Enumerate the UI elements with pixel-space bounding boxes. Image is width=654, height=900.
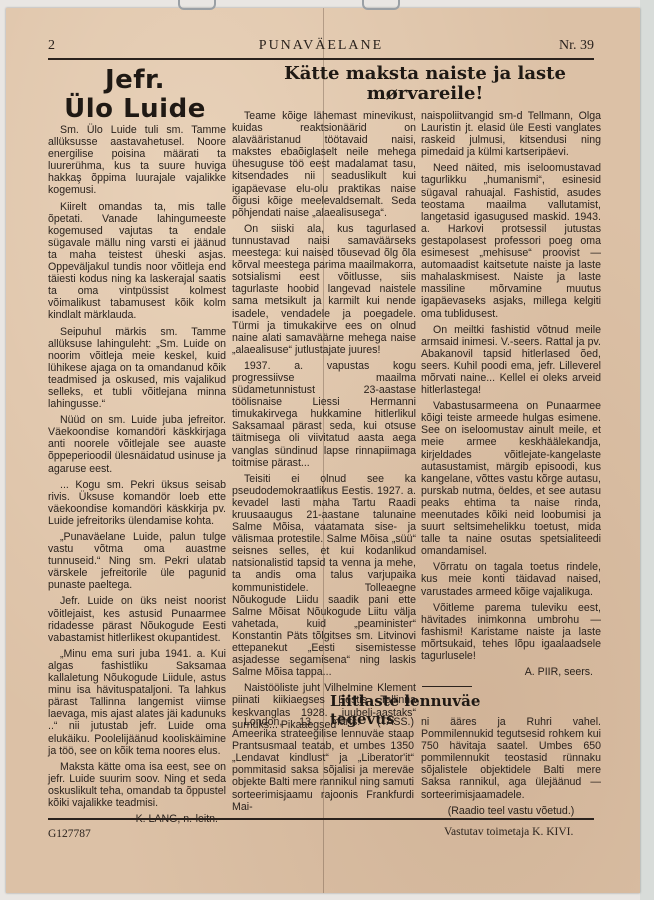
scanner-edge (640, 0, 654, 900)
editor-credit: Vastutav toimetaja K. KIVI. (444, 826, 573, 838)
masthead: 2 PUNAVÄELANE Nr. 39 (48, 36, 594, 56)
news-column-1: London, 13. märts. (TASS.) Ameerika stra… (232, 716, 414, 817)
paragraph: ni ääres ja Ruhri vahel. Pommilennukid t… (421, 716, 601, 801)
main-article-headline: Kätte maksta naiste ja laste mørvareile! (240, 64, 610, 104)
headline-line: Kätte maksta naiste ja laste (240, 64, 610, 84)
left-article-body: Sm. Ülo Luide tuli sm. Tamme allüksusse … (48, 124, 226, 825)
paragraph: Teisiti ei olnud see ka pseudodemokraatl… (232, 473, 416, 679)
paragraph: Maksta kätte oma isa eest, see on jefr. … (48, 761, 226, 809)
paragraph: Sm. Ülo Luide tuli sm. Tamme allüksusse … (48, 124, 226, 197)
issue-number: Nr. 39 (559, 38, 594, 54)
main-article-column-2: naispoliitvangid sm-d Tellmann, Olga Lau… (421, 110, 601, 678)
paragraph: „Punaväelane Luide, palun tulge vastu võ… (48, 531, 226, 591)
paragraph: Need näited, mis iseloomustavad tagurlik… (421, 162, 601, 319)
newspaper-title: PUNAVÄELANE (48, 38, 594, 54)
paragraph: Seipuhul märkis sm. Tamme allüksuse lahi… (48, 326, 226, 411)
footer-rule (48, 818, 594, 820)
paragraph: On meiltki fashistid võtnud meile armsai… (421, 324, 601, 397)
headline-line: Ülo Luide (50, 95, 220, 124)
main-article-signature: A. PIIR, seers. (421, 666, 601, 678)
paragraph: Võrratu on tagala toetus rindele, kus me… (421, 561, 601, 597)
headline-line: Jefr. (50, 66, 220, 95)
headline-line: mørvareile! (240, 84, 610, 104)
main-article-column-1: Teame kõige lähemast minevikust, kuidas … (232, 110, 416, 735)
paragraph: Nüüd on sm. Luide juba jefreitor. Väekoo… (48, 414, 226, 474)
article-divider (422, 686, 472, 687)
paragraph: Teame kõige lähemast minevikust, kuidas … (232, 110, 416, 219)
news-credit: (Raadio teel vastu võetud.) (421, 805, 601, 817)
paragraph: ... Kogu sm. Pekri üksus seisab rivis. Ü… (48, 479, 226, 527)
binder-clip-icon (362, 0, 400, 10)
paragraph: Vabastusarmeena on Punaarmee kõigi teist… (421, 400, 601, 557)
paragraph: London, 13. märts. (TASS.) Ameerika stra… (232, 716, 414, 813)
paragraph: On siiski ala, kus tagurlased tunnustava… (232, 223, 416, 356)
masthead-rule (48, 58, 594, 60)
left-article-headline: Jefr. Ülo Luide (50, 66, 220, 124)
binder-clip-icon (178, 0, 216, 10)
paragraph: „Minu ema suri juba 1941. a. Kui algas f… (48, 648, 226, 757)
paragraph: Kiirelt omandas ta, mis talle õpetati. V… (48, 201, 226, 322)
paragraph: naispoliitvangid sm-d Tellmann, Olga Lau… (421, 110, 601, 158)
print-code: G127787 (48, 828, 91, 840)
paragraph: Jefr. Luide on üks neist noorist võitlej… (48, 595, 226, 643)
paragraph: Võitleme parema tuleviku eest, hävitades… (421, 602, 601, 662)
news-column-2: ni ääres ja Ruhri vahel. Pommilennukid t… (421, 716, 601, 817)
paragraph: 1937. a. vapustas kogu progressiivse maa… (232, 360, 416, 469)
